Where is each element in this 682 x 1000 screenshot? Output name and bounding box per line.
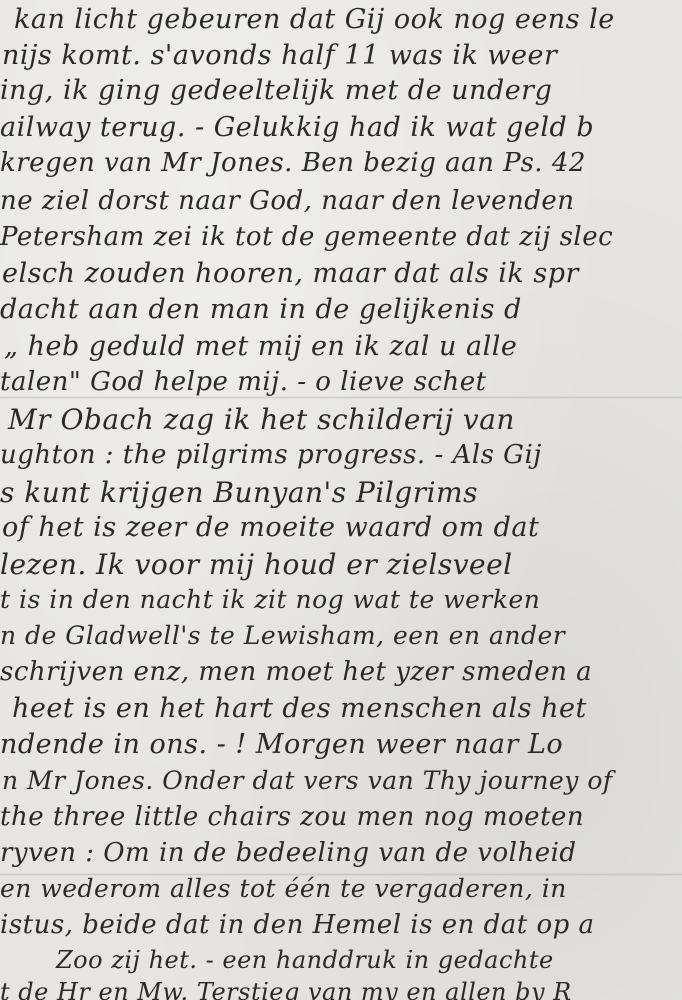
- handwritten-line: s kunt krijgen Bunyan's Pilgrims: [0, 476, 478, 509]
- handwritten-line: ndende in ons. - ! Morgen weer naar Lo: [0, 729, 563, 760]
- handwritten-line: nijs komt. s'avonds half 11 was ik weer: [2, 40, 557, 71]
- handwritten-line: schrijven enz, men moet het yzer smeden …: [0, 657, 592, 687]
- handwritten-line: n de Gladwell's te Lewisham, een en ande…: [0, 621, 565, 650]
- handwritten-line: Zoo zij het. - een handdruk in gedachte: [56, 946, 554, 974]
- handwritten-line: ne ziel dorst naar God, naar den levende…: [0, 186, 574, 216]
- handwritten-line: istus, beide dat in den Hemel is en dat …: [0, 910, 595, 940]
- handwritten-line: the three little chairs zou men nog moet…: [0, 802, 584, 832]
- handwritten-line: ughton : the pilgrims progress. - Als Gi…: [0, 440, 542, 470]
- handwritten-line: heet is en het hart des menschen als het: [12, 693, 587, 724]
- handwritten-line: talen" God helpe mij. - o lieve schet: [0, 367, 487, 397]
- handwritten-line: en wederom alles tot één te vergaderen, …: [0, 874, 567, 903]
- handwritten-line: Petersham zei ik tot de gemeente dat zij…: [0, 222, 613, 252]
- handwritten-line: ailway terug. - Gelukkig had ik wat geld…: [0, 112, 594, 143]
- handwritten-line: t de Hr en Mw. Terstieg van my en allen …: [0, 978, 572, 1000]
- handwritten-line: ryven : Om in de bedeeling van de volhei…: [0, 838, 577, 868]
- handwritten-line: of het is zeer de moeite waard om dat: [2, 512, 539, 543]
- handwritten-line: n Mr Jones. Onder dat vers van Thy journ…: [2, 766, 613, 795]
- handwritten-line: Mr Obach zag ik het schilderij van: [8, 403, 515, 436]
- handwritten-line: ing, ik ging gedeeltelijk met de underg: [0, 75, 552, 106]
- handwritten-line: lezen. Ik voor mij houd er zielsveel: [0, 548, 513, 581]
- handwritten-line: „ heb geduld met mij en ik zal u alle: [4, 331, 517, 362]
- letter-page: kan licht gebeuren dat Gij ook nog eens …: [0, 0, 682, 1000]
- handwritten-line: t is in den nacht ik zit nog wat te werk…: [0, 585, 540, 614]
- handwritten-line: kan licht gebeuren dat Gij ook nog eens …: [14, 4, 615, 35]
- handwritten-line: dacht aan den man in de gelijkenis d: [0, 294, 522, 325]
- handwritten-line: elsch zouden hooren, maar dat als ik spr: [2, 258, 579, 289]
- handwritten-line: kregen van Mr Jones. Ben bezig aan Ps. 4…: [0, 148, 586, 178]
